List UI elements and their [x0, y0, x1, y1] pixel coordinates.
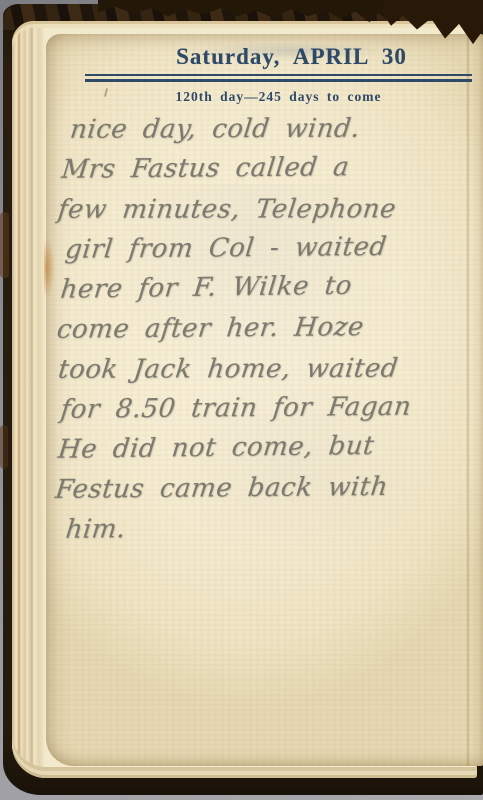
diary-entry: nice day, cold wind. Mrs Fastus called a…	[52, 106, 476, 550]
handwriting-line: him.	[63, 506, 478, 550]
day-count-label: 120th day—245 days to come	[85, 89, 472, 105]
handwriting-line: He did not come, but	[56, 425, 478, 470]
header-divider-rule	[85, 74, 472, 82]
handwriting-line: Mrs Fastus called a	[59, 146, 475, 190]
handwriting-line: few minutes, Telephone	[56, 189, 475, 230]
cover-rust-patch	[0, 425, 8, 469]
handwriting-line: Festus came back with	[53, 466, 478, 510]
diary-scan: Saturday, APRIL 30 120th day—245 days to…	[0, 0, 483, 800]
handwriting-line: for 8.50 train for Fagan	[58, 386, 477, 430]
printed-header: Saturday, APRIL 30 120th day—245 days to…	[85, 34, 472, 105]
handwriting-line: nice day, cold wind.	[68, 108, 475, 149]
handwriting-line: took Jack home, waited	[56, 348, 477, 389]
handwriting-line: girl from Col - waited	[63, 226, 476, 270]
diary-page: Saturday, APRIL 30 120th day—245 days to…	[46, 34, 483, 766]
handwriting-line: here for F. Wilke to	[58, 264, 476, 310]
handwriting-line: come after her. Hoze	[55, 306, 477, 350]
cover-rust-patch	[0, 212, 9, 278]
page-date-title: Saturday, APRIL 30	[85, 44, 472, 70]
